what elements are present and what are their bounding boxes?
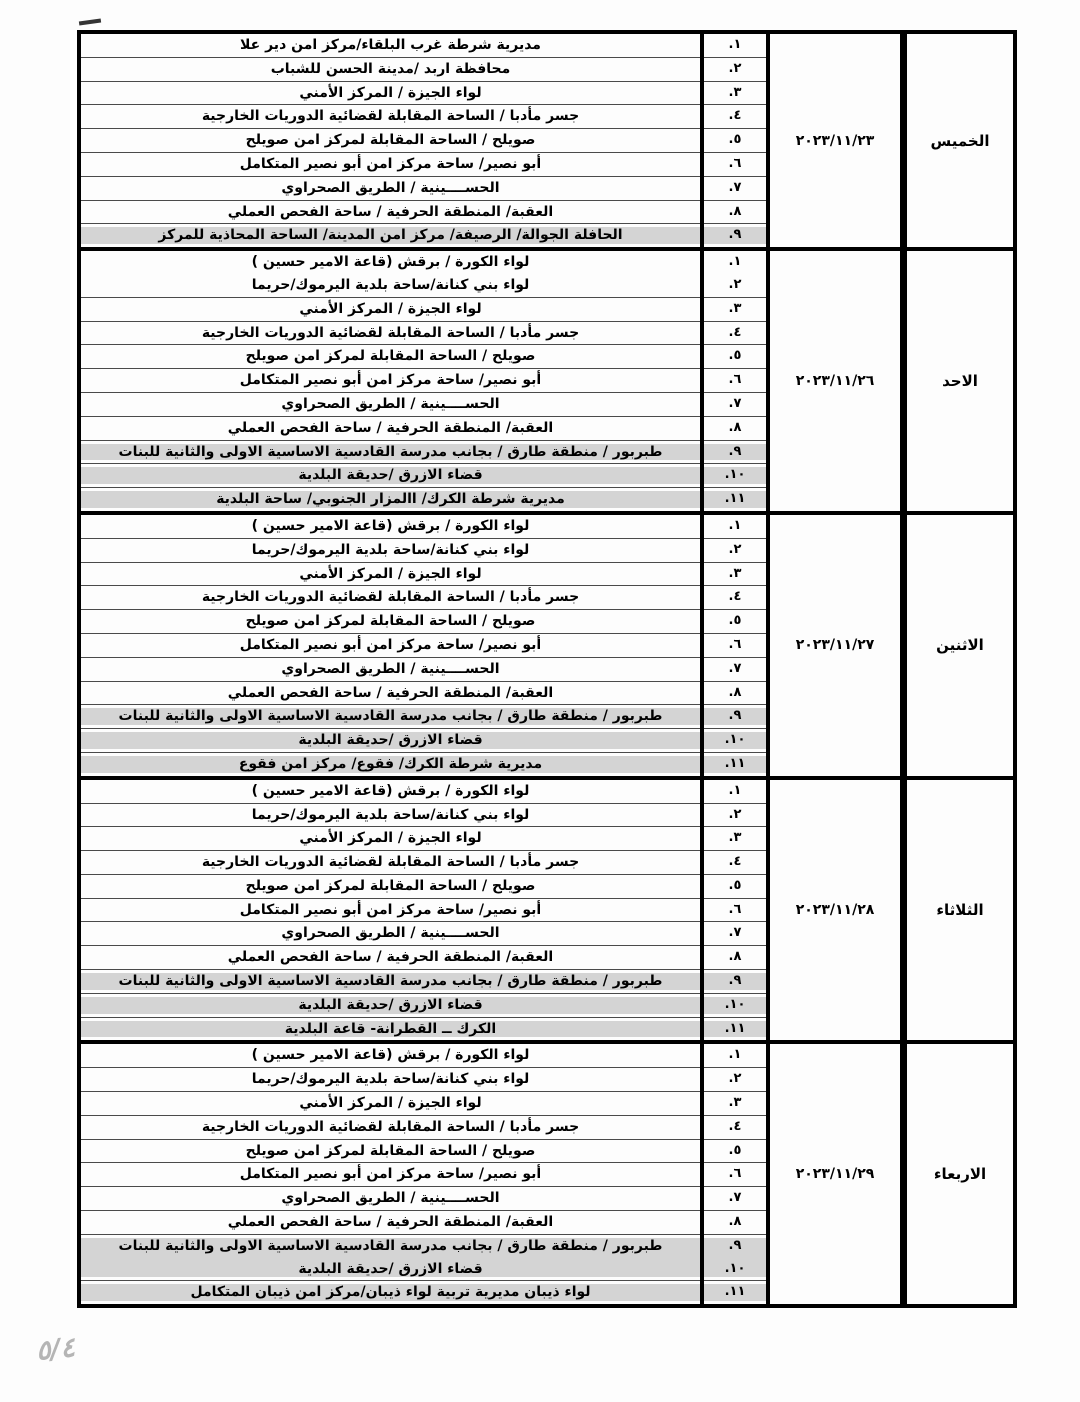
location-text: أبو نصير/ ساحة مركز امن أبو نصير المتكام… — [81, 899, 700, 922]
location-text: العقبة/ المنطقة الحرفية / ساحة الفحص الع… — [81, 1211, 700, 1234]
date-cell: ٢٠٢٣/١١/٢٨ — [768, 778, 904, 1041]
location-cell: العقبة/ المنطقة الحرفية / ساحة الفحص الع… — [81, 1211, 702, 1235]
location-text: أبو نصير/ ساحة مركز امن أبو نصير المتكام… — [81, 153, 700, 176]
location-text: مديرية شرطة الكرك/ االمزار الجنوبي/ ساحة… — [81, 488, 700, 511]
row-number-cell: ١١. — [702, 752, 768, 775]
row-number-cell: ٥. — [702, 345, 768, 369]
row-number: ٤. — [704, 105, 766, 128]
location-text: قضاء الازرق /حديقة البلدية — [81, 729, 700, 752]
row-number-cell: ٩. — [702, 224, 768, 247]
location-cell: لواء الجيزة / المركز الأمني — [81, 81, 702, 105]
row-number-cell: ٩.١٠. — [702, 1234, 768, 1281]
location-text: صويلح / الساحة المقابلة لمركز امن صويلح — [81, 1140, 700, 1163]
row-number: ٢. — [704, 539, 766, 562]
location-cell: لواء الجيزة / المركز الأمني — [81, 1092, 702, 1116]
location-cell: طبربور / منطقة طارق / بجانب مدرسة القادس… — [81, 1234, 702, 1281]
row-number: ٦. — [704, 899, 766, 922]
location-text: العقبة/ المنطقة الحرفية / ساحة الفحص الع… — [81, 201, 700, 224]
location-text: جسر مأدبا / الساحة المقابلة لقضائية الدو… — [81, 322, 700, 345]
row-number: ٩. — [704, 705, 766, 728]
row-number-cell: ١٠. — [702, 993, 768, 1017]
location-text: لواء الكورة / برقش (قاعة الامير حسين ) — [81, 251, 700, 274]
location-cell: لواء بني كنانة/ساحة بلدية اليرموك/حريما — [81, 538, 702, 562]
row-number-cell: ٤. — [702, 851, 768, 875]
location-cell: أبو نصير/ ساحة مركز امن أبو نصير المتكام… — [81, 633, 702, 657]
location-text: لواء الكورة / برقش (قاعة الامير حسين ) — [81, 1044, 700, 1067]
location-text: لواء الجيزة / المركز الأمني — [81, 298, 700, 321]
row-number: ٨. — [704, 946, 766, 969]
row-number-cell: ٥. — [702, 129, 768, 153]
location-cell: مديرية شرطة الكرك/ االمزار الجنوبي/ ساحة… — [81, 488, 702, 511]
day-cell: الاربعاء — [904, 1042, 1014, 1304]
row-number-cell: ٤. — [702, 586, 768, 610]
row-number-cell: ٢. — [702, 803, 768, 827]
location-text: لواء بني كنانة/ساحة بلدية اليرموك/حريما — [81, 1068, 700, 1091]
location-cell: العقبة/ المنطقة الحرفية / ساحة الفحص الع… — [81, 416, 702, 440]
row-number: ١. — [704, 1044, 766, 1067]
location-cell: مديرية شرطة غرب البلقاء/مركز امن دير علا — [81, 34, 702, 57]
row-number: ٨. — [704, 201, 766, 224]
row-number-cell: ٨. — [702, 1211, 768, 1235]
location-text: قضاء الازرق /حديقة البلدية — [81, 994, 700, 1017]
location-cell: لواء الكورة / برقش (قاعة الامير حسين ) — [81, 513, 702, 538]
row-number: ٥. — [704, 129, 766, 152]
row-number: ٥. — [704, 1140, 766, 1163]
row-number-cell: ٧. — [702, 922, 768, 946]
row-number: ٦. — [704, 1163, 766, 1186]
day-cell: الثلاثاء — [904, 778, 1014, 1041]
location-cell: لواء الجيزة / المركز الأمني — [81, 827, 702, 851]
row-number: ١٠. — [704, 994, 766, 1017]
row-number: ٣. — [704, 1092, 766, 1115]
location-cell: الحســــينية / الطريق الصحراوي — [81, 922, 702, 946]
location-cell: قضاء الازرق /حديقة البلدية — [81, 464, 702, 488]
row-number: ٤. — [704, 851, 766, 874]
page-number: ٥/٤ — [34, 1332, 76, 1367]
location-cell: أبو نصير/ ساحة مركز امن أبو نصير المتكام… — [81, 369, 702, 393]
row-number: ٣. — [704, 827, 766, 850]
location-cell: الحســــينية / الطريق الصحراوي — [81, 1187, 702, 1211]
location-text: صويلح / الساحة المقابلة لمركز امن صويلح — [81, 875, 700, 898]
row-number-cell: ١٠. — [702, 729, 768, 753]
table-row: الاحد٢٠٢٣/١١/٢٦١.٢.لواء الكورة / برقش (ق… — [81, 249, 1013, 297]
location-cell: طبربور / منطقة طارق / بجانب مدرسة القادس… — [81, 970, 702, 994]
row-number-cell: ١. — [702, 778, 768, 803]
location-text: صويلح / الساحة المقابلة لمركز امن صويلح — [81, 610, 700, 633]
location-text: أبو نصير/ ساحة مركز امن أبو نصير المتكام… — [81, 369, 700, 392]
row-number: ٤. — [704, 586, 766, 609]
row-number-cell: ٩. — [702, 705, 768, 729]
location-cell: لواء الجيزة / المركز الأمني — [81, 297, 702, 321]
row-number-cell: ٥. — [702, 874, 768, 898]
day-block-2: الاحد٢٠٢٣/١١/٢٦١.٢.لواء الكورة / برقش (ق… — [81, 247, 1013, 511]
table-row: الاثنين٢٠٢٣/١١/٢٧١.لواء الكورة / برقش (ق… — [81, 513, 1013, 538]
row-number-cell: ٥. — [702, 610, 768, 634]
row-number: ٦. — [704, 369, 766, 392]
location-text: لواء الجيزة / المركز الأمني — [81, 563, 700, 586]
row-number: ٤. — [704, 1116, 766, 1139]
day-block-1: الخميس٢٠٢٣/١١/٢٣١.مديرية شرطة غرب البلقا… — [81, 34, 1013, 247]
location-cell: العقبة/ المنطقة الحرفية / ساحة الفحص الع… — [81, 681, 702, 705]
location-text: العقبة/ المنطقة الحرفية / ساحة الفحص الع… — [81, 417, 700, 440]
row-number-cell: ٧. — [702, 657, 768, 681]
schedule-table: الخميس٢٠٢٣/١١/٢٣١.مديرية شرطة غرب البلقا… — [77, 30, 1017, 1308]
location-text: طبربور / منطقة طارق / بجانب مدرسة القادس… — [81, 1235, 700, 1258]
location-text: العقبة/ المنطقة الحرفية / ساحة الفحص الع… — [81, 946, 700, 969]
row-number-cell: ٤. — [702, 1115, 768, 1139]
row-number: ٨. — [704, 417, 766, 440]
location-text: صويلح / الساحة المقابلة لمركز امن صويلح — [81, 129, 700, 152]
location-cell: لواء بني كنانة/ساحة بلدية اليرموك/حريما — [81, 1068, 702, 1092]
location-text: أبو نصير/ ساحة مركز امن أبو نصير المتكام… — [81, 1163, 700, 1186]
row-number: ٩. — [704, 1235, 766, 1258]
row-number: ١١. — [704, 1281, 766, 1304]
row-number-cell: ٣. — [702, 827, 768, 851]
table-row: الخميس٢٠٢٣/١١/٢٣١.مديرية شرطة غرب البلقا… — [81, 34, 1013, 57]
row-number-cell: ١١. — [702, 1281, 768, 1304]
row-number: ٦. — [704, 153, 766, 176]
row-number: ١٠. — [704, 1258, 766, 1281]
location-text: لواء بني كنانة/ساحة بلدية اليرموك/حريما — [81, 274, 700, 297]
row-number-cell: ٢. — [702, 57, 768, 81]
row-number: ٤. — [704, 322, 766, 345]
row-number: ٢. — [704, 274, 766, 297]
row-number-cell: ٢. — [702, 538, 768, 562]
location-text: مديرية شرطة الكرك/ فقوع/ مركز امن فقوع — [81, 753, 700, 776]
document-page: { "page": { "footer_page_number": "٥/٤" … — [0, 0, 1080, 1402]
row-number: ٨. — [704, 1211, 766, 1234]
row-number-cell: ٨. — [702, 200, 768, 224]
location-text: جسر مأدبا / الساحة المقابلة لقضائية الدو… — [81, 105, 700, 128]
location-text: صويلح / الساحة المقابلة لمركز امن صويلح — [81, 345, 700, 368]
row-number: ٧. — [704, 658, 766, 681]
location-cell: جسر مأدبا / الساحة المقابلة لقضائية الدو… — [81, 851, 702, 875]
day-cell: الاثنين — [904, 513, 1014, 776]
location-text: لواء بني كنانة/ساحة بلدية اليرموك/حريما — [81, 539, 700, 562]
row-number-cell: ٦. — [702, 898, 768, 922]
location-cell: الكرك ــ القطرانة- قاعة البلدية — [81, 1017, 702, 1040]
date-cell: ٢٠٢٣/١١/٢٦ — [768, 249, 904, 511]
row-number-cell: ٨. — [702, 416, 768, 440]
location-cell: أبو نصير/ ساحة مركز امن أبو نصير المتكام… — [81, 152, 702, 176]
row-number-cell: ٥. — [702, 1139, 768, 1163]
row-number-cell: ١. — [702, 513, 768, 538]
row-number: ١. — [704, 251, 766, 274]
row-number-cell: ١١. — [702, 488, 768, 511]
location-cell: طبربور / منطقة طارق / بجانب مدرسة القادس… — [81, 705, 702, 729]
location-cell: أبو نصير/ ساحة مركز امن أبو نصير المتكام… — [81, 1163, 702, 1187]
row-number: ١. — [704, 34, 766, 57]
row-number-cell: ٣. — [702, 1092, 768, 1116]
day-cell: الاحد — [904, 249, 1014, 511]
row-number: ٢. — [704, 1068, 766, 1091]
row-number-cell: ٣. — [702, 562, 768, 586]
location-cell: جسر مأدبا / الساحة المقابلة لقضائية الدو… — [81, 1115, 702, 1139]
location-cell: الحافلة الجوالة/ الرصيفة/ مركز امن المدي… — [81, 224, 702, 247]
location-text: لواء الكورة / برقش (قاعة الامير حسين ) — [81, 780, 700, 803]
location-text: جسر مأدبا / الساحة المقابلة لقضائية الدو… — [81, 586, 700, 609]
location-cell: لواء الكورة / برقش (قاعة الامير حسين )لو… — [81, 249, 702, 297]
location-cell: محافظة اربد /مدينة الحسن للشباب — [81, 57, 702, 81]
row-number-cell: ٦. — [702, 1163, 768, 1187]
location-cell: لواء الكورة / برقش (قاعة الامير حسين ) — [81, 1042, 702, 1067]
location-cell: مديرية شرطة الكرك/ فقوع/ مركز امن فقوع — [81, 752, 702, 775]
table-row: الثلاثاء٢٠٢٣/١١/٢٨١.لواء الكورة / برقش (… — [81, 778, 1013, 803]
row-number-cell: ٦. — [702, 152, 768, 176]
location-text: طبربور / منطقة طارق / بجانب مدرسة القادس… — [81, 705, 700, 728]
location-cell: لواء الجيزة / المركز الأمني — [81, 562, 702, 586]
row-number: ٣. — [704, 563, 766, 586]
location-text: الحســــينية / الطريق الصحراوي — [81, 177, 700, 200]
location-cell: قضاء الازرق /حديقة البلدية — [81, 729, 702, 753]
location-cell: لواء بني كنانة/ساحة بلدية اليرموك/حريما — [81, 803, 702, 827]
location-cell: العقبة/ المنطقة الحرفية / ساحة الفحص الع… — [81, 200, 702, 224]
location-text: أبو نصير/ ساحة مركز امن أبو نصير المتكام… — [81, 634, 700, 657]
location-text: لواء الجيزة / المركز الأمني — [81, 1092, 700, 1115]
location-cell: لواء ذيبان مديرية تربية لواء ذيبان/مركز … — [81, 1281, 702, 1304]
row-number: ٨. — [704, 682, 766, 705]
row-number-cell: ٢. — [702, 1068, 768, 1092]
date-cell: ٢٠٢٣/١١/٢٩ — [768, 1042, 904, 1304]
row-number: ٢. — [704, 58, 766, 81]
location-text: الحســــينية / الطريق الصحراوي — [81, 658, 700, 681]
location-text: لواء الجيزة / المركز الأمني — [81, 82, 700, 105]
row-number-cell: ٨. — [702, 681, 768, 705]
location-text: لواء الكورة / برقش (قاعة الامير حسين ) — [81, 515, 700, 538]
location-cell: صويلح / الساحة المقابلة لمركز امن صويلح — [81, 345, 702, 369]
row-number-cell: ٣. — [702, 297, 768, 321]
row-number-cell: ٧. — [702, 1187, 768, 1211]
row-number-cell: ١. — [702, 34, 768, 57]
row-number-cell: ٩. — [702, 970, 768, 994]
row-number-cell: ١٠. — [702, 464, 768, 488]
row-number: ٦. — [704, 634, 766, 657]
row-number-cell: ٧. — [702, 176, 768, 200]
row-number-cell: ٣. — [702, 81, 768, 105]
location-text: لواء الجيزة / المركز الأمني — [81, 827, 700, 850]
location-text: جسر مأدبا / الساحة المقابلة لقضائية الدو… — [81, 1116, 700, 1139]
day-block-4: الثلاثاء٢٠٢٣/١١/٢٨١.لواء الكورة / برقش (… — [81, 776, 1013, 1041]
row-number: ٥. — [704, 610, 766, 633]
location-cell: الحســــينية / الطريق الصحراوي — [81, 657, 702, 681]
row-number: ٣. — [704, 298, 766, 321]
location-text: لواء ذيبان مديرية تربية لواء ذيبان/مركز … — [81, 1281, 700, 1304]
location-text: طبربور / منطقة طارق / بجانب مدرسة القادس… — [81, 970, 700, 993]
row-number: ٧. — [704, 177, 766, 200]
location-cell: أبو نصير/ ساحة مركز امن أبو نصير المتكام… — [81, 898, 702, 922]
row-number-cell: ٤. — [702, 105, 768, 129]
row-number: ١١. — [704, 1018, 766, 1041]
row-number-cell: ٨. — [702, 946, 768, 970]
row-number: ٩. — [704, 224, 766, 247]
location-text: الحســــينية / الطريق الصحراوي — [81, 922, 700, 945]
row-number: ٥. — [704, 875, 766, 898]
location-text: الكرك ــ القطرانة- قاعة البلدية — [81, 1018, 700, 1041]
row-number-cell: ٧. — [702, 392, 768, 416]
location-text: طبربور / منطقة طارق / بجانب مدرسة القادس… — [81, 441, 700, 464]
row-number: ١٠. — [704, 464, 766, 487]
row-number: ١٠. — [704, 729, 766, 752]
row-number: ٧. — [704, 393, 766, 416]
location-text: جسر مأدبا / الساحة المقابلة لقضائية الدو… — [81, 851, 700, 874]
row-number-cell: ١١. — [702, 1017, 768, 1040]
location-cell: صويلح / الساحة المقابلة لمركز امن صويلح — [81, 129, 702, 153]
location-cell: جسر مأدبا / الساحة المقابلة لقضائية الدو… — [81, 586, 702, 610]
day-block-3: الاثنين٢٠٢٣/١١/٢٧١.لواء الكورة / برقش (ق… — [81, 511, 1013, 776]
location-text: محافظة اربد /مدينة الحسن للشباب — [81, 58, 700, 81]
row-number: ٣. — [704, 82, 766, 105]
date-cell: ٢٠٢٣/١١/٢٧ — [768, 513, 904, 776]
row-number: ٥. — [704, 345, 766, 368]
row-number: ٧. — [704, 922, 766, 945]
location-cell: طبربور / منطقة طارق / بجانب مدرسة القادس… — [81, 440, 702, 464]
location-text: الحافلة الجوالة/ الرصيفة/ مركز امن المدي… — [81, 224, 700, 247]
row-number: ٩. — [704, 970, 766, 993]
table-row: الاربعاء٢٠٢٣/١١/٢٩١.لواء الكورة / برقش (… — [81, 1042, 1013, 1067]
scan-artifact — [79, 18, 101, 25]
row-number-cell: ١.٢. — [702, 249, 768, 297]
location-cell: الحســــينية / الطريق الصحراوي — [81, 176, 702, 200]
location-text: الحســــينية / الطريق الصحراوي — [81, 1187, 700, 1210]
location-text: قضاء الازرق /حديقة البلدية — [81, 1258, 700, 1281]
location-text: العقبة/ المنطقة الحرفية / ساحة الفحص الع… — [81, 682, 700, 705]
row-number: ٩. — [704, 441, 766, 464]
row-number-cell: ٩. — [702, 440, 768, 464]
row-number: ١. — [704, 780, 766, 803]
date-cell: ٢٠٢٣/١١/٢٣ — [768, 34, 904, 247]
row-number: ٧. — [704, 1187, 766, 1210]
row-number-cell: ٦. — [702, 633, 768, 657]
location-cell: جسر مأدبا / الساحة المقابلة لقضائية الدو… — [81, 321, 702, 345]
location-cell: العقبة/ المنطقة الحرفية / ساحة الفحص الع… — [81, 946, 702, 970]
location-cell: لواء الكورة / برقش (قاعة الامير حسين ) — [81, 778, 702, 803]
location-text: مديرية شرطة غرب البلقاء/مركز امن دير علا — [81, 34, 700, 57]
location-cell: قضاء الازرق /حديقة البلدية — [81, 993, 702, 1017]
location-cell: الحســــينية / الطريق الصحراوي — [81, 392, 702, 416]
location-cell: صويلح / الساحة المقابلة لمركز امن صويلح — [81, 610, 702, 634]
row-number-cell: ٤. — [702, 321, 768, 345]
day-block-5: الاربعاء٢٠٢٣/١١/٢٩١.لواء الكورة / برقش (… — [81, 1040, 1013, 1304]
location-cell: صويلح / الساحة المقابلة لمركز امن صويلح — [81, 1139, 702, 1163]
location-text: قضاء الازرق /حديقة البلدية — [81, 464, 700, 487]
row-number: ١١. — [704, 488, 766, 511]
day-cell: الخميس — [904, 34, 1014, 247]
row-number: ١١. — [704, 753, 766, 776]
row-number: ١. — [704, 515, 766, 538]
location-text: الحســــينية / الطريق الصحراوي — [81, 393, 700, 416]
row-number-cell: ١. — [702, 1042, 768, 1067]
location-cell: جسر مأدبا / الساحة المقابلة لقضائية الدو… — [81, 105, 702, 129]
row-number: ٢. — [704, 804, 766, 827]
location-cell: صويلح / الساحة المقابلة لمركز امن صويلح — [81, 874, 702, 898]
row-number-cell: ٦. — [702, 369, 768, 393]
location-text: لواء بني كنانة/ساحة بلدية اليرموك/حريما — [81, 804, 700, 827]
